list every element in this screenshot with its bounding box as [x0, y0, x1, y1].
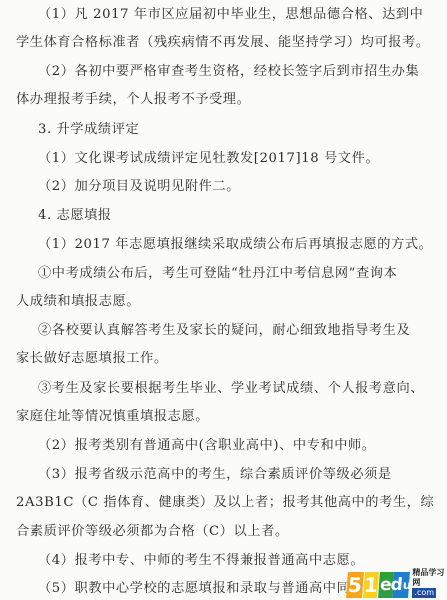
logo-tile-1: 1	[363, 572, 379, 598]
text-line: 学生体育合格标准者（残疾病情不再发展、能坚持学习）均可报考。	[16, 34, 430, 52]
text-line: 4. 志愿填报	[38, 207, 112, 225]
text-line: ③考生及家长要根据考生毕业、学业考试成绩、个人报考意向、	[38, 380, 424, 398]
text-line: 3. 升学成绩评定	[38, 121, 139, 139]
logo-site-name: 精品学习网	[412, 568, 447, 588]
logo-domain: .com	[412, 588, 436, 598]
text-line: （1）2017 年志愿填报继续采取成绩公布后再填报志愿的方式。	[38, 236, 432, 254]
text-line: ①中考成绩公布后，考生可登陆“牡丹江中考信息网”查询本	[38, 265, 397, 283]
text-line: （2）加分项目及说明见附件二。	[38, 178, 240, 196]
text-line: （1）文化课考试成绩评定见牡教发[2017]18 号文件。	[38, 150, 379, 168]
logo-text: 精品学习网 .com	[412, 568, 447, 598]
text-line: （5）职教中心学校的志愿填报和录取与普通高中同	[38, 580, 350, 598]
text-line: 合素质评价等级必须都为合格（C）以上者。	[16, 523, 289, 541]
text-line: 体办理报考手续，个人报考不予受理。	[16, 91, 250, 109]
text-line: ②各校要认真解答考生及家长的疑问，耐心细致地指导考生及	[38, 322, 410, 340]
text-line: 家庭住址等情况慎重填报志愿。	[16, 408, 209, 426]
text-line: 2A3B1C（C 指体育、健康类）及以上者；报考其他高中的考生，综	[16, 494, 434, 512]
text-line: （3）报考省级示范高中的考生，综合素质评价等级必须是	[38, 466, 392, 484]
text-line: 家长做好志愿填报工作。	[16, 350, 168, 368]
watermark-logo: 5 1 e du 精品学习网 .com	[347, 570, 447, 598]
text-line: （1）凡 2017 年市区应届初中毕业生，思想品德合格、达到中	[38, 6, 423, 24]
text-line: （2）报考类别有普通高中(含职业高中)、中专和中师。	[38, 437, 376, 455]
logo-tile-du: du	[392, 572, 410, 598]
text-line: （2）各初中要严格审查考生资格，经校长签字后到市招生办集	[38, 63, 419, 81]
document-page: （1）凡 2017 年市区应届初中毕业生，思想品德合格、达到中学生体育合格标准者…	[0, 0, 447, 600]
text-line: （4）报考中专、中师的考生不得兼报普通高中志愿。	[38, 552, 364, 570]
logo-tile-5: 5	[346, 572, 363, 598]
text-line: 人成绩和填报志愿。	[16, 293, 140, 311]
